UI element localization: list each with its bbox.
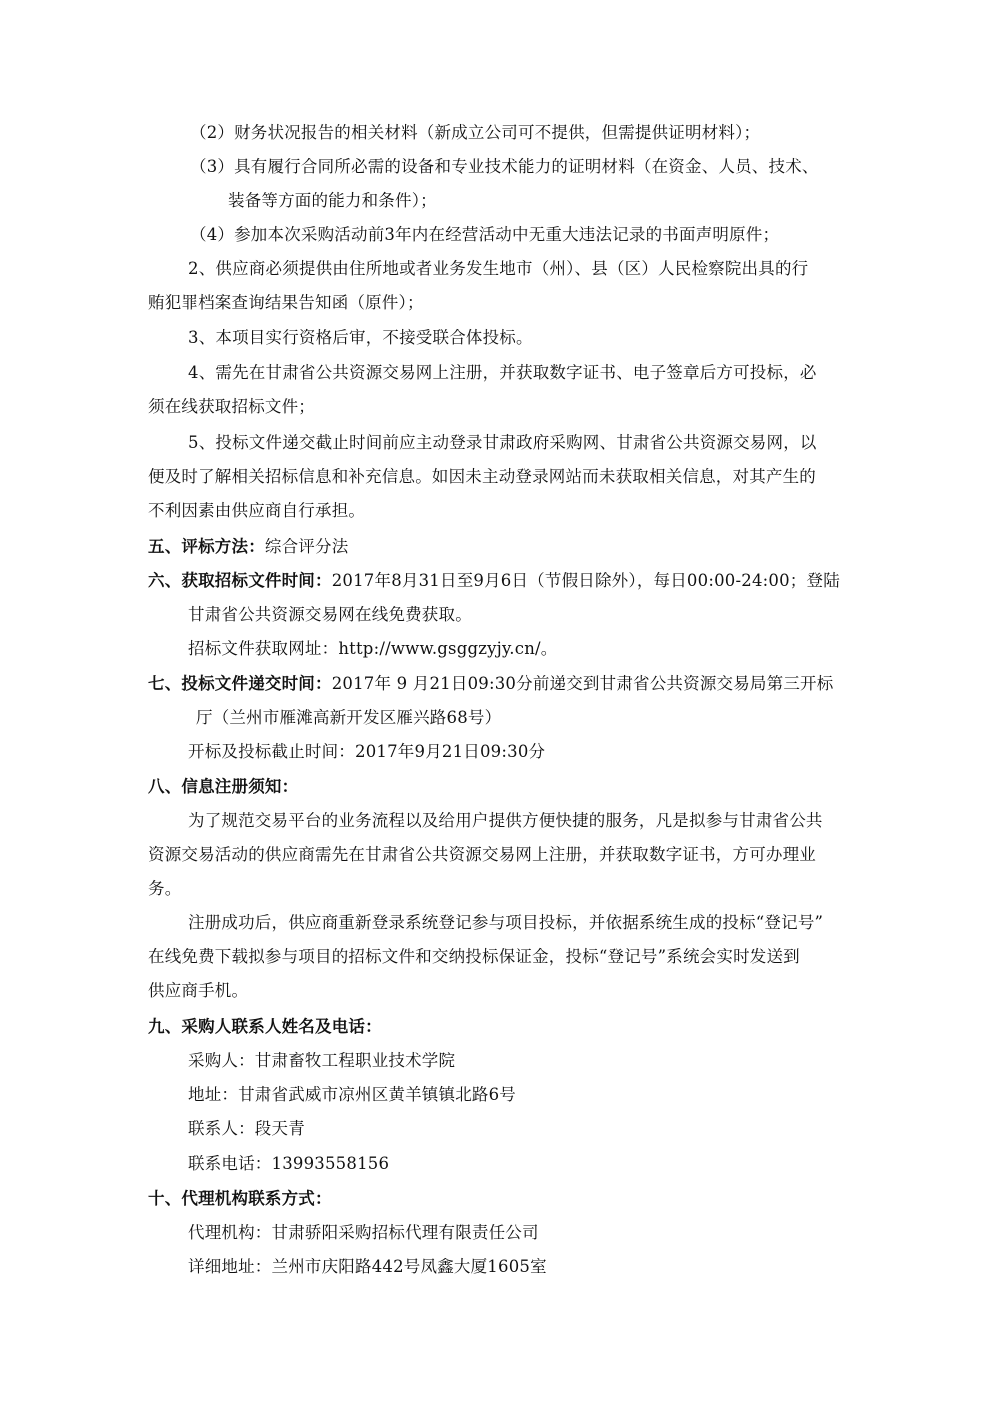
purchaser-address: 地址：甘肃省武威市凉州区黄羊镇镇北路6号 [188, 1084, 516, 1106]
section-6: 六、获取招标文件时间：2017年8月31日至9月6日（节假日除外），每日00:0… [148, 570, 840, 592]
section-8-heading: 八、信息注册须知： [148, 776, 298, 798]
doc-url-label: 招标文件获取网址： [188, 639, 338, 658]
doc-acquire-time: 2017年8月31日至9月6日（节假日除外），每日00:00-24:00；登陆 [332, 571, 840, 590]
section-7-cont: 厅（兰州市雁滩高新开发区雁兴路68号） [196, 707, 501, 729]
doc-url-link[interactable]: http://www.gsggzyjy.cn/。 [338, 639, 557, 658]
agency-address: 详细地址：兰州市庆阳路442号凤鑫大厦1605室 [188, 1256, 547, 1278]
submission-time: 2017年 9 月21日09:30分前递交到甘肃省公共资源交易局第三开标 [332, 674, 834, 693]
item-2: （2）财务状况报告的相关材料（新成立公司可不提供，但需提供证明材料）； [190, 122, 760, 144]
section-7: 七、投标文件递交时间：2017年 9 月21日09:30分前递交到甘肃省公共资源… [148, 673, 833, 695]
opening-time-value: 2017年9月21日09:30分 [355, 742, 545, 761]
section-8-p1-cont2: 务。 [148, 878, 181, 900]
opening-time-label: 开标及投标截止时间： [188, 742, 355, 761]
section-6-cont: 甘肃省公共资源交易网在线免费获取。 [188, 604, 472, 626]
opening-time-line: 开标及投标截止时间：2017年9月21日09:30分 [188, 741, 545, 763]
section-8-p1: 为了规范交易平台的业务流程以及给用户提供方便快捷的服务，凡是拟参与甘肃省公共 [188, 810, 823, 832]
para-4: 4、需先在甘肃省公共资源交易网上注册，并获取数字证书、电子签章后方可投标，必 [188, 362, 817, 384]
para-3: 3、本项目实行资格后审，不接受联合体投标。 [188, 327, 533, 349]
item-3: （3）具有履行合同所必需的设备和专业技术能力的证明材料（在资金、人员、技术、 [190, 156, 819, 178]
purchaser-contact: 联系人：段天青 [188, 1118, 305, 1140]
section-8-p2-cont1: 在线免费下载拟参与项目的招标文件和交纳投标保证金，投标“登记号”系统会实时发送到 [148, 946, 800, 968]
section-7-heading: 七、投标文件递交时间： [148, 674, 332, 693]
para-4-cont: 须在线获取招标文件； [148, 396, 315, 418]
para-2: 2、供应商必须提供由住所地或者业务发生地市（州）、县（区）人民检察院出具的行 [188, 258, 808, 280]
agency-name: 代理机构：甘肃骄阳采购招标代理有限责任公司 [188, 1222, 539, 1244]
section-9-heading: 九、采购人联系人姓名及电话： [148, 1016, 382, 1038]
section-5-heading: 五、评标方法： [148, 537, 265, 556]
item-4: （4）参加本次采购活动前3年内在经营活动中无重大违法记录的书面声明原件； [190, 224, 779, 246]
section-5: 五、评标方法：综合评分法 [148, 536, 348, 558]
para-5-cont2: 不利因素由供应商自行承担。 [148, 500, 365, 522]
section-8-p2: 注册成功后，供应商重新登录系统登记参与项目投标，并依据系统生成的投标“登记号” [188, 912, 823, 934]
item-3-cont: 装备等方面的能力和条件）； [228, 190, 437, 212]
section-6-heading: 六、获取招标文件时间： [148, 571, 332, 590]
purchaser-phone: 联系电话：13993558156 [188, 1153, 389, 1175]
section-10-heading: 十、代理机构联系方式： [148, 1188, 332, 1210]
section-8-p1-cont1: 资源交易活动的供应商需先在甘肃省公共资源交易网上注册，并获取数字证书，方可办理业 [148, 844, 816, 866]
doc-url-line: 招标文件获取网址：http://www.gsggzyjy.cn/。 [188, 638, 557, 660]
purchaser: 采购人：甘肃畜牧工程职业技术学院 [188, 1050, 455, 1072]
section-8-p2-cont2: 供应商手机。 [148, 980, 248, 1002]
para-5: 5、投标文件递交截止时间前应主动登录甘肃政府采购网、甘肃省公共资源交易网，以 [188, 432, 817, 454]
para-2-cont: 贿犯罪档案查询结果告知函（原件）； [148, 292, 424, 314]
para-5-cont1: 便及时了解相关招标信息和补充信息。如因未主动登录网站而未获取相关信息，对其产生的 [148, 466, 816, 488]
evaluation-method: 综合评分法 [265, 537, 349, 556]
document-page: （2）财务状况报告的相关材料（新成立公司可不提供，但需提供证明材料）； （3）具… [0, 0, 1000, 1414]
